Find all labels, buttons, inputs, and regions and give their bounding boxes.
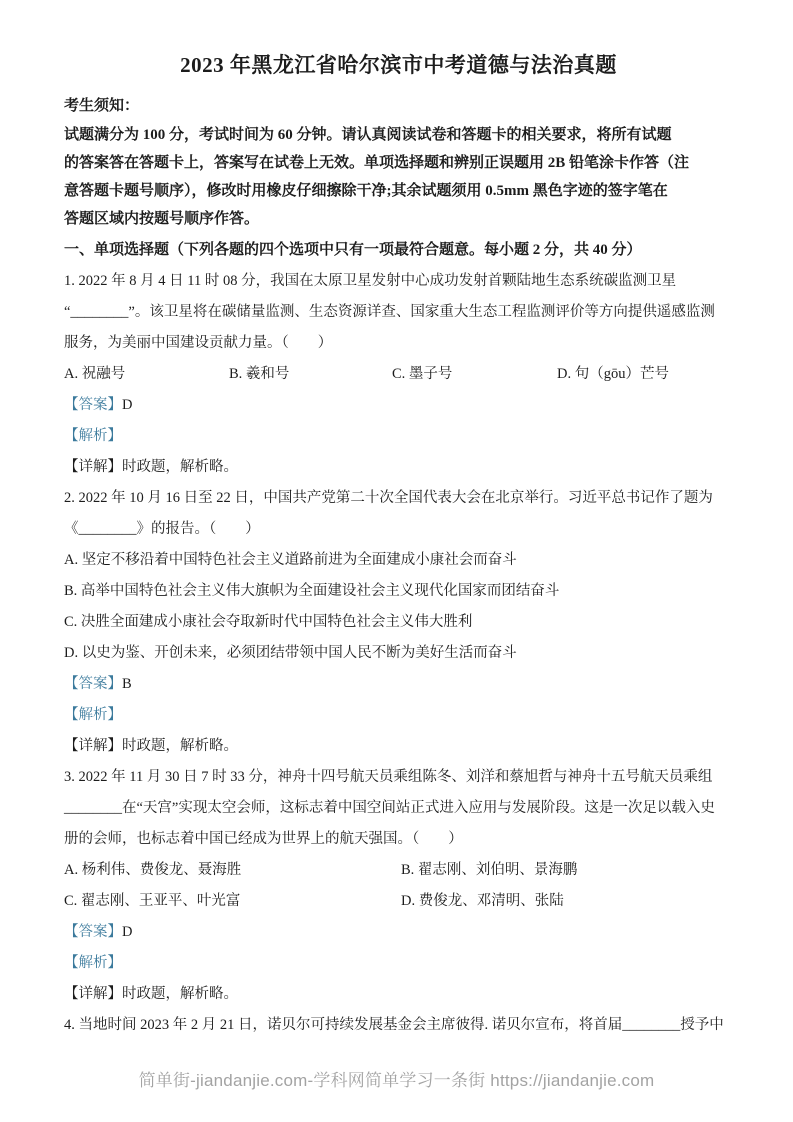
q2-option-d: D. 以史为鉴、开创未来，必须团结带领中国人民不断为美好生活而奋斗 [64, 638, 733, 669]
notice-line: 意答题卡题号顺序），修改时用橡皮仔细擦除干净;其余试题须用 0.5mm 黑色字迹… [64, 177, 733, 205]
answer-label: 【答案】 [64, 676, 122, 692]
q2-option-b: B. 高举中国特色社会主义伟大旗帜为全面建设社会主义现代化国家而团结奋斗 [64, 576, 733, 607]
analysis-label: 【解析】 [64, 707, 122, 723]
notice-block: 考生须知： 试题满分为 100 分，考试时间为 60 分钟。请认真阅读试卷和答题… [64, 92, 733, 233]
q1-option-d: D. 句（gōu）芒号 [557, 359, 733, 390]
notice-line: 试题满分为 100 分，考试时间为 60 分钟。请认真阅读试卷和答题卡的相关要求… [64, 121, 733, 149]
q3-option-c: C. 翟志刚、王亚平、叶光富 [64, 886, 401, 917]
q2-detail-text: 时政题，解析略。 [122, 738, 238, 754]
q4-stem-line: 4. 当地时间 2023 年 2 月 21 日，诺贝尔可持续发展基金会主席彼得.… [64, 1010, 733, 1041]
q2-answer-line: 【答案】B [64, 669, 733, 700]
q3-options-row-1: A. 杨利伟、费俊龙、聂海胜 B. 翟志刚、刘伯明、景海鹏 [64, 855, 733, 886]
notice-line: 答题区域内按题号顺序作答。 [64, 205, 733, 233]
q2-analysis-line: 【解析】 [64, 700, 733, 731]
q1-answer-line: 【答案】D [64, 390, 733, 421]
q2-option-c: C. 决胜全面建成小康社会夺取新时代中国特色社会主义伟大胜利 [64, 607, 733, 638]
exam-document-page: 2023 年黑龙江省哈尔滨市中考道德与法治真题 考生须知： 试题满分为 100 … [0, 0, 793, 1122]
q1-detail-text: 时政题，解析略。 [122, 459, 238, 475]
q3-stem-line: ________在“天宫”实现太空会师，这标志着中国空间站正式进入应用与发展阶段… [64, 793, 733, 824]
q3-answer-line: 【答案】D [64, 917, 733, 948]
q1-option-b: B. 羲和号 [229, 359, 392, 390]
q3-stem-line: 3. 2022 年 11 月 30 日 7 时 33 分，神舟十四号航天员乘组陈… [64, 762, 733, 793]
question-3: 3. 2022 年 11 月 30 日 7 时 33 分，神舟十四号航天员乘组陈… [64, 762, 733, 1010]
notice-heading: 考生须知： [64, 92, 733, 121]
q2-detail-line: 【详解】时政题，解析略。 [64, 731, 733, 762]
q2-option-a: A. 坚定不移沿着中国特色社会主义道路前进为全面建成小康社会而奋斗 [64, 545, 733, 576]
q3-option-b: B. 翟志刚、刘伯明、景海鹏 [401, 855, 733, 886]
analysis-label: 【解析】 [64, 428, 122, 444]
analysis-label: 【解析】 [64, 955, 122, 971]
section-heading: 一、单项选择题（下列各题的四个选项中只有一项最符合题意。每小题 2 分，共 40… [64, 235, 733, 266]
q3-detail-text: 时政题，解析略。 [122, 986, 238, 1002]
answer-label: 【答案】 [64, 924, 122, 940]
detail-label: 【详解】 [64, 459, 122, 475]
q1-option-c: C. 墨子号 [392, 359, 557, 390]
detail-label: 【详解】 [64, 986, 122, 1002]
q2-options-list: A. 坚定不移沿着中国特色社会主义道路前进为全面建成小康社会而奋斗 B. 高举中… [64, 545, 733, 669]
page-title: 2023 年黑龙江省哈尔滨市中考道德与法治真题 [64, 50, 733, 80]
detail-label: 【详解】 [64, 738, 122, 754]
q2-stem-line: 2. 2022 年 10 月 16 日至 22 日，中国共产党第二十次全国代表大… [64, 483, 733, 514]
q3-detail-line: 【详解】时政题，解析略。 [64, 979, 733, 1010]
q1-stem-line: 服务，为美丽中国建设贡献力量。（ ） [64, 328, 733, 359]
q1-option-a: A. 祝融号 [64, 359, 229, 390]
question-4: 4. 当地时间 2023 年 2 月 21 日，诺贝尔可持续发展基金会主席彼得.… [64, 1010, 733, 1041]
q2-answer-value: B [122, 676, 132, 692]
question-2: 2. 2022 年 10 月 16 日至 22 日，中国共产党第二十次全国代表大… [64, 483, 733, 762]
question-1: 1. 2022 年 8 月 4 日 11 时 08 分，我国在太原卫星发射中心成… [64, 266, 733, 483]
q2-stem-line: 《________》的报告。（ ） [64, 514, 733, 545]
q1-detail-line: 【详解】时政题，解析略。 [64, 452, 733, 483]
q3-stem-line: 册的会师，也标志着中国已经成为世界上的航天强国。（ ） [64, 824, 733, 855]
q3-option-d: D. 费俊龙、邓清明、张陆 [401, 886, 733, 917]
footer-watermark: 简单街-jiandanjie.com-学科网简单学习一条街 https://ji… [0, 1066, 793, 1091]
q3-option-a: A. 杨利伟、费俊龙、聂海胜 [64, 855, 401, 886]
q3-analysis-line: 【解析】 [64, 948, 733, 979]
q3-options-row-2: C. 翟志刚、王亚平、叶光富 D. 费俊龙、邓清明、张陆 [64, 886, 733, 917]
answer-label: 【答案】 [64, 397, 122, 413]
q1-answer-value: D [122, 397, 132, 413]
q1-analysis-line: 【解析】 [64, 421, 733, 452]
q1-stem-line: 1. 2022 年 8 月 4 日 11 时 08 分，我国在太原卫星发射中心成… [64, 266, 733, 297]
q1-stem-line: “________”。该卫星将在碳储量监测、生态资源详查、国家重大生态工程监测评… [64, 297, 733, 328]
q3-answer-value: D [122, 924, 132, 940]
notice-line: 的答案答在答题卡上，答案写在试卷上无效。单项选择题和辨别正误题用 2B 铅笔涂卡… [64, 149, 733, 177]
q1-options-row: A. 祝融号 B. 羲和号 C. 墨子号 D. 句（gōu）芒号 [64, 359, 733, 390]
